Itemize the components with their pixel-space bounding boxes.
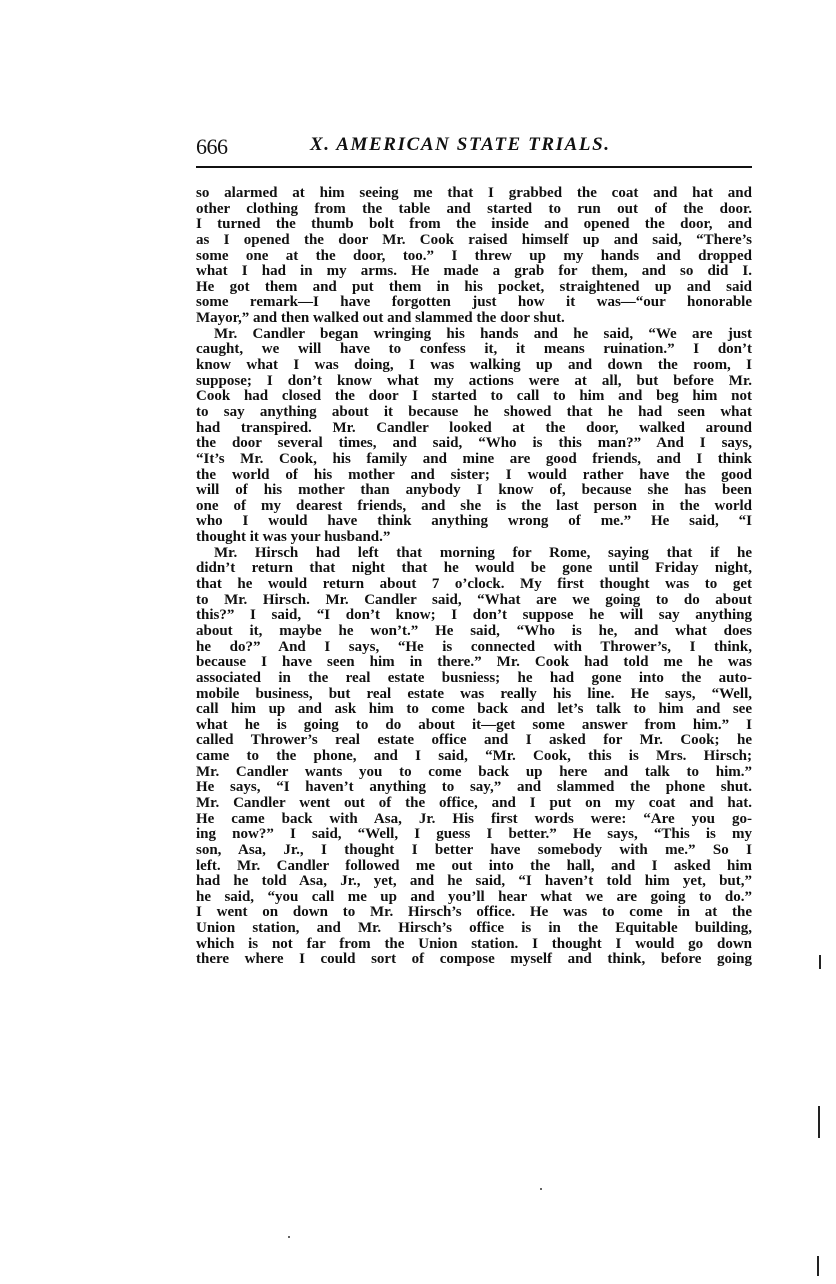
text-line: about it, maybe he won’t.” He said, “Who… xyxy=(196,624,752,640)
text-line: Mr. Candler wants you to come back up he… xyxy=(196,765,752,781)
text-line: other clothing from the table and starte… xyxy=(196,202,752,218)
text-line: one of my dearest friends, and she is th… xyxy=(196,499,752,515)
text-line: so alarmed at him seeing me that I grabb… xyxy=(196,186,752,202)
text-line: to Mr. Hirsch. Mr. Candler said, “What a… xyxy=(196,593,752,609)
page-number: 666 xyxy=(196,134,228,160)
text-line: He says, “I haven’t anything to say,” an… xyxy=(196,780,752,796)
text-line: He came back with Asa, Jr. His first wor… xyxy=(196,812,752,828)
text-line: didn’t return that night that he would b… xyxy=(196,561,752,577)
text-line: Mayor,” and then walked out and slammed … xyxy=(196,311,752,327)
scan-speck xyxy=(540,1188,542,1190)
text-line: he do?” And I says, “He is connected wit… xyxy=(196,640,752,656)
paragraph-start-line: Mr. Candler began wringing his hands and… xyxy=(196,327,752,343)
text-line: that he would return about 7 o’clock. My… xyxy=(196,577,752,593)
header-rule xyxy=(196,166,752,168)
text-line: caught, we will have to confess it, it m… xyxy=(196,342,752,358)
text-line: Cook had closed the door I started to ca… xyxy=(196,389,752,405)
page-header: 666 X. AMERICAN STATE TRIALS. xyxy=(196,134,752,162)
text-line: will of his mother than anybody I know o… xyxy=(196,483,752,499)
document-page: 666 X. AMERICAN STATE TRIALS. so alarmed… xyxy=(0,0,836,1284)
text-line: I turned the thumb bolt from the inside … xyxy=(196,217,752,233)
text-line: call him up and ask him to come back and… xyxy=(196,702,752,718)
body-text: so alarmed at him seeing me that I grabb… xyxy=(196,186,752,968)
text-line: as I opened the door Mr. Cook raised him… xyxy=(196,233,752,249)
text-line: the world of his mother and sister; I wo… xyxy=(196,468,752,484)
text-line: had he told Asa, Jr., yet, and he said, … xyxy=(196,874,752,890)
text-line: some one at the door, too.” I threw up m… xyxy=(196,249,752,265)
text-line: called Thrower’s real estate office and … xyxy=(196,733,752,749)
scan-artifact-mark xyxy=(818,1106,820,1138)
text-line: there where I could sort of compose myse… xyxy=(196,952,752,968)
text-line: what he is going to do about it—get some… xyxy=(196,718,752,734)
text-line: ing now?” I said, “Well, I guess I bette… xyxy=(196,827,752,843)
scan-artifact-mark xyxy=(819,955,821,969)
paragraph-start-line: Mr. Hirsch had left that morning for Rom… xyxy=(196,546,752,562)
text-line: son, Asa, Jr., I thought I better have s… xyxy=(196,843,752,859)
text-line: He got them and put them in his pocket, … xyxy=(196,280,752,296)
text-line: suppose; I don’t know what my actions we… xyxy=(196,374,752,390)
text-line: associated in the real estate busniess; … xyxy=(196,671,752,687)
text-line: know what I was doing, I was walking up … xyxy=(196,358,752,374)
text-line: because I have seen him in there.” Mr. C… xyxy=(196,655,752,671)
text-line: had transpired. Mr. Candler looked at th… xyxy=(196,421,752,437)
text-line: the door several times, and said, “Who i… xyxy=(196,436,752,452)
text-line: who I would have think anything wrong of… xyxy=(196,514,752,530)
text-line: left. Mr. Candler followed me out into t… xyxy=(196,859,752,875)
running-head: X. AMERICAN STATE TRIALS. xyxy=(310,134,611,156)
text-line: I went on down to Mr. Hirsch’s office. H… xyxy=(196,905,752,921)
text-line: what I had in my arms. He made a grab fo… xyxy=(196,264,752,280)
text-line: came to the phone, and I said, “Mr. Cook… xyxy=(196,749,752,765)
text-line: this?” I said, “I don’t know; I don’t su… xyxy=(196,608,752,624)
text-line: “It’s Mr. Cook, his family and mine are … xyxy=(196,452,752,468)
text-line: he said, “you call me up and you’ll hear… xyxy=(196,890,752,906)
text-line: mobile business, but real estate was rea… xyxy=(196,687,752,703)
text-line: to say anything about it because he show… xyxy=(196,405,752,421)
text-line: which is not far from the Union station.… xyxy=(196,937,752,953)
text-line: thought it was your husband.” xyxy=(196,530,752,546)
text-line: some remark—I have forgotten just how it… xyxy=(196,295,752,311)
text-line: Mr. Candler went out of the office, and … xyxy=(196,796,752,812)
scan-artifact-mark xyxy=(817,1256,819,1276)
text-line: Union station, and Mr. Hirsch’s office i… xyxy=(196,921,752,937)
scan-speck xyxy=(288,1236,290,1238)
